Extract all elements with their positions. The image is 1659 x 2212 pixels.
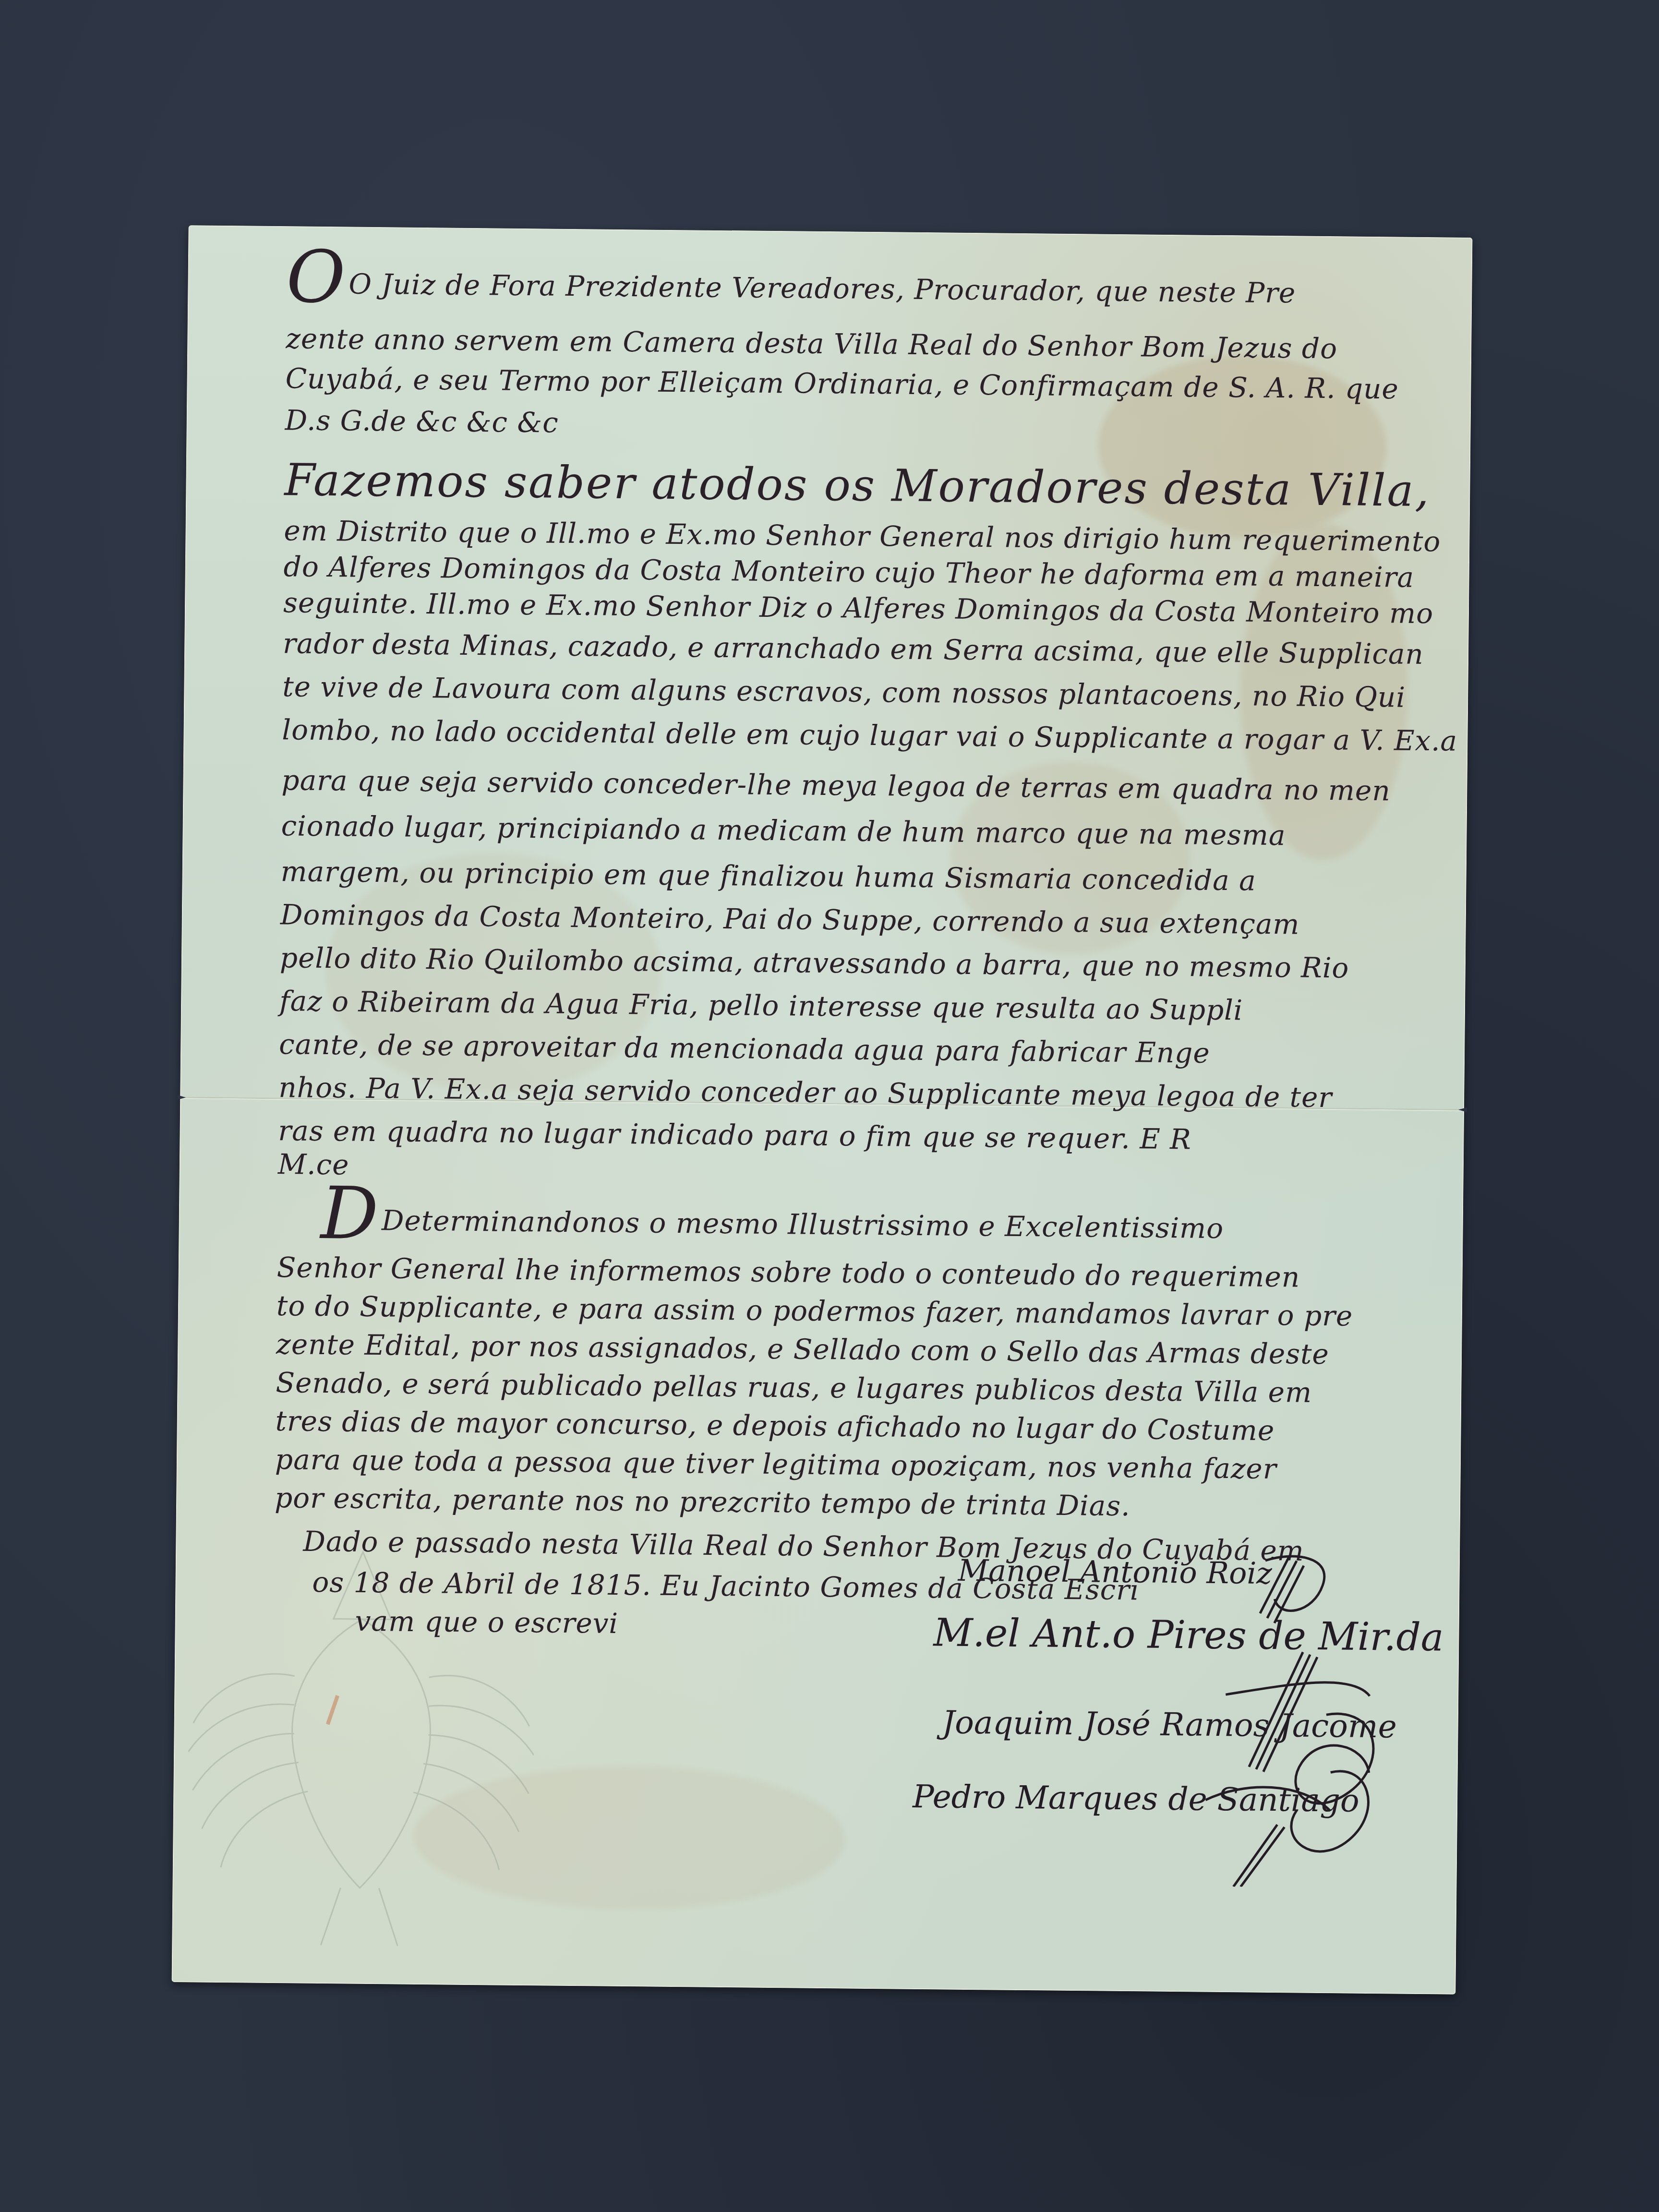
body-line: te vive de Lavoura com alguns escravos, … bbox=[282, 670, 1406, 713]
determination-line: zente Edital, por nos assignados, e Sell… bbox=[276, 1328, 1329, 1370]
preamble-line: zente anno servem em Camera desta Villa … bbox=[286, 322, 1337, 365]
manuscript-text: OO Juiz de Fora Prezidente Vereadores, P… bbox=[287, 252, 1376, 263]
determination-line: Senhor General lhe informemos sobre todo… bbox=[276, 1251, 1300, 1293]
preamble-line: OO Juiz de Fora Prezidente Vereadores, P… bbox=[286, 267, 1296, 309]
body-line: para que seja servido conceder-lhe meya … bbox=[281, 764, 1391, 807]
closing-line: vam que o escrevi bbox=[355, 1605, 618, 1640]
edict-heading: Fazemos saber atodos os Moradores desta … bbox=[284, 454, 1431, 517]
determination-line: to do Supplicante, e para assim o poderm… bbox=[276, 1289, 1353, 1333]
signature-flourish-icon bbox=[1205, 1541, 1391, 1888]
determination-line: para que toda a pessoa que tiver legitim… bbox=[275, 1443, 1277, 1485]
determination-line: por escrita, perante nos no prezcrito te… bbox=[275, 1481, 1130, 1522]
preamble-line: D.s G.de &c &c &c bbox=[285, 404, 559, 439]
body-line: do Alferes Domingos da Costa Monteiro cu… bbox=[283, 550, 1414, 594]
determination-line: tres dias de mayor concurso, e depois af… bbox=[275, 1405, 1274, 1447]
determination-line: DDeterminandonos o mesmo Illustrissimo e… bbox=[320, 1203, 1224, 1245]
body-line: ras em quadra no lugar indicado para o f… bbox=[278, 1114, 1191, 1155]
determination-line: Senado, e será publicado pellas ruas, e … bbox=[276, 1366, 1312, 1409]
body-line: nhos. Pa V. Ex.a seja servido conceder a… bbox=[278, 1071, 1332, 1114]
manuscript-page: OO Juiz de Fora Prezidente Vereadores, P… bbox=[171, 225, 1472, 1995]
